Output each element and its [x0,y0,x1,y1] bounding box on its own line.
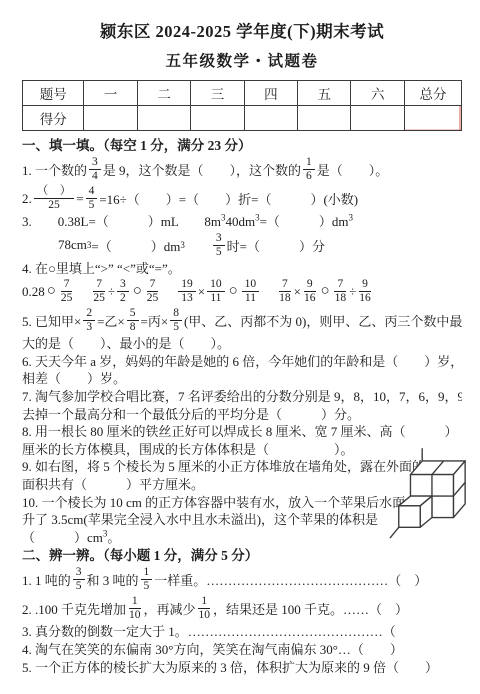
score-table-cell: 总分 [404,81,461,106]
fraction: 916 [303,278,317,305]
question-text: =16÷（ ）=（ ）折=（ ）(小数) [99,189,358,208]
fraction: 725 [60,278,74,305]
operator: ÷ [108,284,115,300]
fraction: 23 [83,307,95,334]
question-text: 1. 1 吨的 [22,570,71,589]
fraction: 110 [128,595,142,622]
section2-heading: 二、辨一辨。（每小题 1 分，满分 5 分） [22,546,462,565]
score-table-cell: 得分 [23,106,84,131]
question-text: 是 9，这个数是（ ），这个数的 [103,160,301,179]
score-table-cell: 四 [244,81,297,106]
score-blank-cell [137,106,190,131]
question-text: 40dm [225,214,255,229]
s1-question-6-line1: 6. 天天今年 a 岁，妈妈的年龄是她的 6 倍，今年她们的年龄和是（ ）岁， [22,353,462,371]
fraction: 725 [146,278,160,305]
s2-question-3: 3. 真分数的倒数一定大于 1。………………………………………（ [22,623,462,641]
fraction: （ ）25 [34,185,75,212]
question-text: 2. [22,191,32,207]
score-blank-cell [244,106,297,131]
fraction: 34 [89,156,101,183]
fraction: 16 [303,156,315,183]
exponent: 3 [349,213,354,223]
page-title: 颍东区 2024-2025 学年度(下)期末考试 [22,18,462,42]
s1-question-7-line2: 去掉一个最高分和一个最低分后的平均分是（ ）分。 [22,406,462,424]
question-text: （ ）cm [22,530,103,545]
equals-sign: = [76,191,83,207]
s1-question-5-line2: 大的是（ ）、最小的是（ ）。 [22,335,462,353]
score-table-cell: 五 [298,81,351,106]
fraction: 15 [141,566,153,593]
score-blank-cell-total [404,106,461,131]
question-text: ，再减少 [144,599,196,618]
question-text: ，结果还是 100 千克。……（ ） [213,599,408,618]
compare-circle: ○ [133,284,142,299]
question-text: =（ ）dm [91,236,180,255]
score-blank-cell [351,106,404,131]
s1-question-1: 1. 一个数的 34 是 9，这个数是（ ），这个数的 16 是（ ）。 [22,155,462,184]
fraction: 32 [117,278,129,305]
question-text: (甲、乙、丙都不为 0)，则甲、乙、丙三个数中最 [184,311,462,330]
section1-heading: 一、填一填。（每空 1 分，满分 23 分） [22,136,462,155]
fraction: 35 [73,566,85,593]
compare-circle: ○ [321,284,330,299]
s1-question-3-line2: 78cm3=（ ）dm3 35 时=（ ）分 [22,231,462,260]
exam-paper: 颍东区 2024-2025 学年度(下)期末考试 五年级数学・试题卷 题号 一 … [0,0,480,694]
operator: × [198,284,205,300]
score-table-cell: 题号 [23,81,84,106]
s1-question-7-line1: 7. 淘气参加学校合唱比赛，7 名评委给出的分数分别是 9，8，10，7，6，9… [22,388,462,406]
s1-question-6-line2: 相差（ ）岁。 [22,370,462,388]
question-text: 2. .100 千克先增加 [22,599,126,618]
question-text: 一样重。……………………………………（ ） [154,570,427,589]
score-table-score-row: 得分 [23,106,462,131]
fraction: 1011 [207,278,225,305]
score-blank-cell [84,106,137,131]
question-text: 0.28 [22,284,45,300]
question-text: 。 [107,530,120,545]
paper-body: 一、填一填。（每空 1 分，满分 23 分） 1. 一个数的 34 是 9，这个… [22,136,462,676]
fraction: 45 [86,185,98,212]
s1-question-8-line1: 8. 用一根长 80 厘米的铁丝正好可以焊成长 8 厘米、宽 7 厘米、高（ ） [22,423,462,441]
comparison-group: 718×916○718÷916 [276,278,374,305]
fraction: 718 [334,278,348,305]
s2-question-1: 1. 1 吨的 35 和 3 吨的 15 一样重。……………………………………（… [22,565,462,594]
spacer-text [185,236,211,255]
s2-question-2: 2. .100 千克先增加 110 ，再减少 110 ，结果还是 100 千克。… [22,594,462,623]
s1-question-4-intro: 4. 在○里填上“>” “<”或“=”。 [22,260,462,278]
question-text: =（ ）dm [260,214,349,229]
fraction: 1913 [178,278,196,305]
comparison-group: 1913×1011○1011 [176,278,261,305]
operator: ÷ [349,284,356,300]
score-table-header-row: 题号 一 二 三 四 五 六 总分 [23,81,462,106]
fraction: 110 [198,595,212,622]
comparison-group: 0.28○725 [22,278,75,305]
fraction: 1011 [242,278,260,305]
question-text: 1. 一个数的 [22,160,87,179]
question-text: 5. 已知甲× [22,311,81,330]
question-text: 是（ ）。 [317,160,389,179]
question-text: 78cm [58,237,87,253]
question-text: 时=（ ）分 [227,236,325,255]
s1-question-4-comparisons: 0.28○725 725÷32○725 1913×1011○1011 718×9… [22,277,462,306]
score-table-cell: 二 [137,81,190,106]
fraction: 58 [127,307,139,334]
page-subtitle: 五年级数学・试题卷 [22,49,462,71]
score-table-cell: 一 [84,81,137,106]
compare-circle: ○ [229,284,238,299]
s1-question-5-line1: 5. 已知甲× 23 =乙× 58 =丙× 85 (甲、乙、丙都不为 0)，则甲… [22,306,462,335]
fraction: 85 [170,307,182,334]
score-blank-cell [298,106,351,131]
s2-question-4: 4. 淘气在笑笑的东偏南 30°方向，笑笑在淘气南偏东 30°…（ ） [22,641,462,659]
operator: × [294,284,301,300]
fraction: 725 [92,278,106,305]
fraction: 35 [213,232,225,259]
fraction: 916 [358,278,372,305]
question-text: =丙× [141,311,169,330]
score-table-cell: 三 [191,81,244,106]
score-table: 题号 一 二 三 四 五 六 总分 得分 [22,80,462,131]
question-text: =乙× [97,311,125,330]
question-text: 和 3 吨的 [87,570,139,589]
s1-question-3-line1: 3. 0.38L=（ ）mL 8m340dm3=（ ）dm3 [22,213,462,231]
compare-circle: ○ [47,284,56,299]
s2-question-5: 5. 一个正方体的棱长扩大为原来的 3 倍，体积扩大为原来的 9 倍（ ） [22,659,462,677]
corner-cubes-figure [389,447,471,549]
comparison-group: 725÷32○725 [90,278,161,305]
score-table-cell: 六 [351,81,404,106]
s1-question-2: 2. （ ）25 = 45 =16÷（ ）=（ ）折=（ ）(小数) [22,184,462,213]
score-blank-cell [191,106,244,131]
question-text: 3. 0.38L=（ ）mL 8m [22,214,221,229]
fraction: 718 [278,278,292,305]
